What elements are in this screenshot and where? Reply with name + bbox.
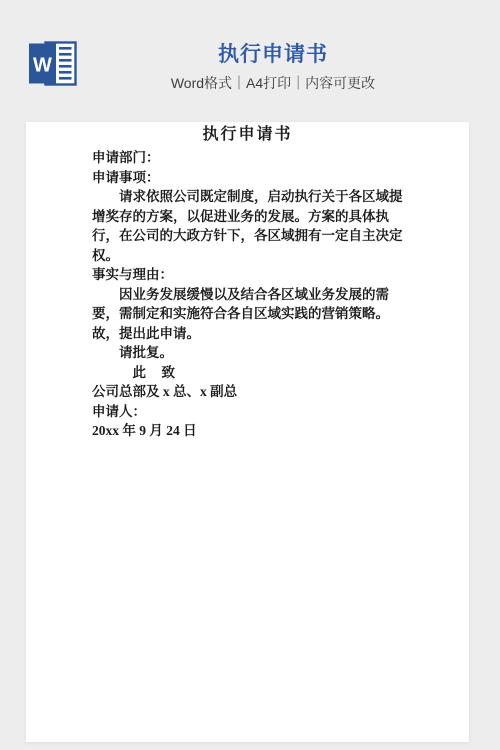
template-preview-page: W 执行申请书 Word格式｜A4打印｜内容可更改 执行申请书 申请部门： 申请…: [0, 0, 500, 750]
header: W 执行申请书 Word格式｜A4打印｜内容可更改: [0, 0, 500, 122]
document-title: 执行申请书: [92, 122, 403, 148]
salute-line: 此 致: [92, 363, 403, 383]
document-page: 执行申请书 申请部门： 申请事项： 请求依照公司既定制度，启动执行关于各区域提增…: [26, 122, 469, 742]
reason-paragraph: 因业务发展缓慢以及结合各区域业务发展的需要，需制定和实施符合各自区域实践的营销策…: [92, 285, 403, 344]
matter-paragraph: 请求依照公司既定制度，启动执行关于各区域提增奖存的方案，以促进业务的发展。方案的…: [92, 187, 403, 265]
matter-label: 申请事项：: [92, 168, 403, 188]
approve-line: 请批复。: [92, 343, 403, 363]
page-title: 执行申请书: [46, 42, 500, 68]
reason-label: 事实与理由：: [92, 265, 403, 285]
date-line: 20xx 年 9 月 24 日: [92, 421, 403, 441]
header-text: 执行申请书 Word格式｜A4打印｜内容可更改: [46, 42, 500, 92]
recipient-line: 公司总部及 x 总、x 副总: [92, 382, 403, 402]
dept-label: 申请部门：: [92, 148, 403, 168]
page-subtitle: Word格式｜A4打印｜内容可更改: [46, 74, 500, 92]
applicant-label: 申请人：: [92, 402, 403, 422]
